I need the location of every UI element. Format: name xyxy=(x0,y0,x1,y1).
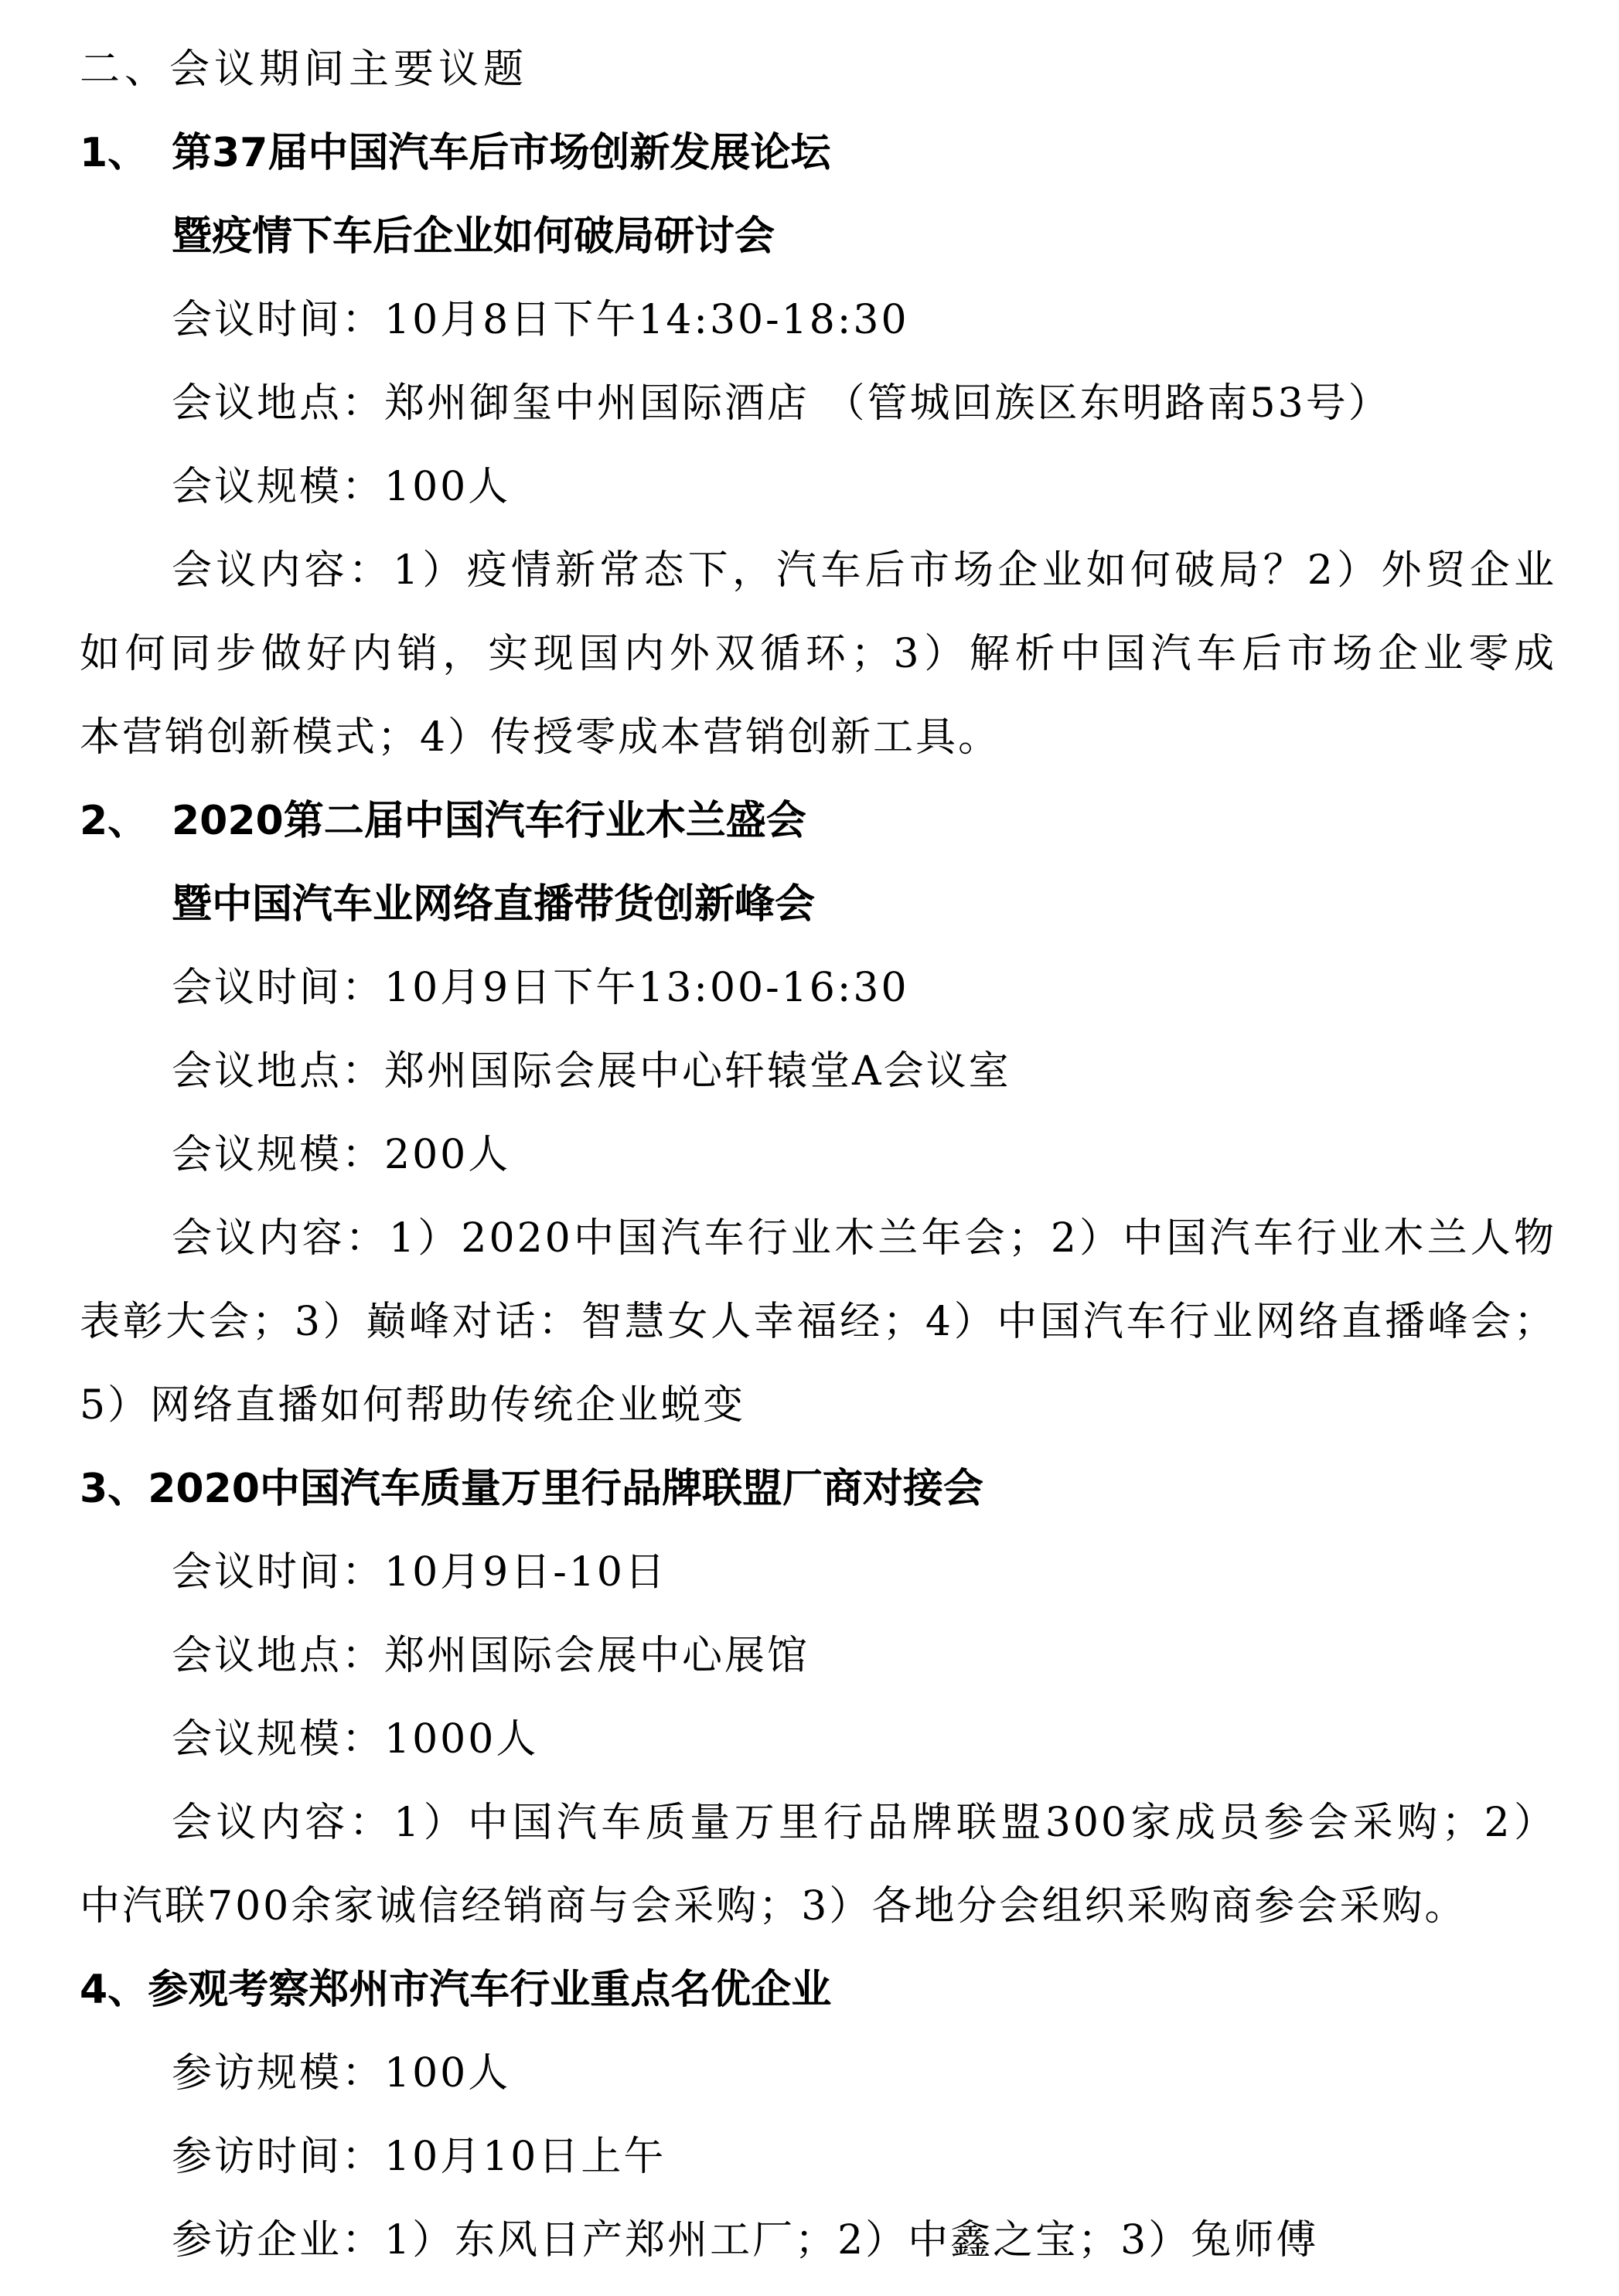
topic-2-subtitle: 暨中国汽车业网络直播带货创新峰会 xyxy=(172,863,1556,946)
topic-3-content-line-2: 中汽联700余家诚信经销商与会采购；3）各地分会组织采购商参会采购。 xyxy=(80,1865,1556,1948)
topic-2-title: 2、2020第二届中国汽车行业木兰盛会 xyxy=(80,779,1556,863)
topic-3-scale: 会议规模：1000人 xyxy=(172,1698,1556,1781)
topic-title-line1: 2020第二届中国汽车行业木兰盛会 xyxy=(172,798,806,844)
topic-4-companies: 参访企业：1）东风日产郑州工厂；2）中鑫之宝；3）兔师傅 xyxy=(172,2199,1556,2282)
topic-4-time: 参访时间：10月10日上午 xyxy=(172,2115,1556,2199)
field-label: 会议时间： xyxy=(172,1549,384,1596)
topic-1-content-line-3: 本营销创新模式；4）传授零成本营销创新工具。 xyxy=(80,696,1556,779)
field-label: 会议内容： xyxy=(172,1215,389,1262)
topic-1-title: 1、第37届中国汽车后市场创新发展论坛 xyxy=(80,111,1556,195)
topic-number: 3、 xyxy=(80,1447,148,1531)
section-title: 二、会议期间主要议题 xyxy=(80,28,1556,111)
topic-number: 2、 xyxy=(80,779,172,863)
topic-2-scale: 会议规模：200人 xyxy=(172,1113,1556,1197)
topic-1-location: 会议地点：郑州御玺中州国际酒店 （管城回族区东明路南53号） xyxy=(172,362,1556,445)
topic-2-content-line-1: 会议内容：1）2020中国汽车行业木兰年会；2）中国汽车行业木兰人物 xyxy=(172,1197,1556,1280)
topic-number: 1、 xyxy=(80,111,172,195)
field-value: 10月9日下午13:00-16:30 xyxy=(384,965,909,1011)
field-label: 会议规模： xyxy=(172,1132,384,1178)
field-label: 参访企业： xyxy=(172,2217,384,2264)
content-text: 1）2020中国汽车行业木兰年会；2）中国汽车行业木兰人物 xyxy=(389,1215,1556,1262)
document-page: 二、会议期间主要议题 1、第37届中国汽车后市场创新发展论坛 暨疫情下车后企业如… xyxy=(0,0,1619,2296)
field-label: 参访规模： xyxy=(172,2050,384,2097)
topic-2-content-line-2: 表彰大会；3）巅峰对话：智慧女人幸福经；4）中国汽车行业网络直播峰会； xyxy=(80,1280,1556,1364)
field-value: 200人 xyxy=(384,1132,510,1178)
field-label: 会议地点： xyxy=(172,1633,384,1679)
topic-1-content-line-2: 如何同步做好内销，实现国内外双循环；3）解析中国汽车后市场企业零成 xyxy=(80,612,1556,696)
field-value: 10月10日上午 xyxy=(384,2134,666,2180)
topic-2-content-line-3: 5）网络直播如何帮助传统企业蜕变 xyxy=(80,1364,1556,1447)
topic-1-time: 会议时间：10月8日下午14:30-18:30 xyxy=(172,278,1556,362)
field-value: 郑州御玺中州国际酒店 （管城回族区东明路南53号） xyxy=(384,380,1391,427)
field-label: 会议内容： xyxy=(172,547,393,594)
field-value: 郑州国际会展中心展馆 xyxy=(384,1633,809,1679)
field-value: 10月8日下午14:30-18:30 xyxy=(384,297,909,343)
field-value: 1000人 xyxy=(384,1716,538,1763)
field-value: 100人 xyxy=(384,464,510,510)
topic-3-time: 会议时间：10月9日-10日 xyxy=(172,1531,1556,1614)
field-label: 会议内容： xyxy=(172,1800,394,1846)
topic-1-subtitle: 暨疫情下车后企业如何破局研讨会 xyxy=(172,195,1556,278)
field-value: 100人 xyxy=(384,2050,510,2097)
topic-title-line1: 第37届中国汽车后市场创新发展论坛 xyxy=(172,130,830,176)
topic-number: 4、 xyxy=(80,1948,148,2032)
topic-2-time: 会议时间：10月9日下午13:00-16:30 xyxy=(172,946,1556,1030)
topic-4-scale: 参访规模：100人 xyxy=(172,2032,1556,2115)
topic-3-content-line-1: 会议内容：1）中国汽车质量万里行品牌联盟300家成员参会采购；2） xyxy=(172,1781,1556,1865)
field-label: 会议地点： xyxy=(172,380,384,427)
field-label: 会议时间： xyxy=(172,297,384,343)
topic-title-line1: 2020中国汽车质量万里行品牌联盟厂商对接会 xyxy=(148,1466,983,1512)
field-value: 10月9日-10日 xyxy=(384,1549,667,1596)
field-value: 1）东风日产郑州工厂；2）中鑫之宝；3）兔师傅 xyxy=(384,2217,1318,2264)
topic-1-content-line-1: 会议内容：1）疫情新常态下，汽车后市场企业如何破局？2）外贸企业 xyxy=(172,529,1556,612)
field-label: 参访时间： xyxy=(172,2134,384,2180)
topic-3-title: 3、2020中国汽车质量万里行品牌联盟厂商对接会 xyxy=(80,1447,1556,1531)
content-text: 1）中国汽车质量万里行品牌联盟300家成员参会采购；2） xyxy=(394,1800,1556,1846)
field-label: 会议规模： xyxy=(172,1716,384,1763)
field-label: 会议地点： xyxy=(172,1048,384,1095)
topic-1-scale: 会议规模：100人 xyxy=(172,445,1556,529)
field-label: 会议时间： xyxy=(172,965,384,1011)
topic-3-location: 会议地点：郑州国际会展中心展馆 xyxy=(172,1614,1556,1698)
topic-4-title: 4、参观考察郑州市汽车行业重点名优企业 xyxy=(80,1948,1556,2032)
content-text: 1）疫情新常态下，汽车后市场企业如何破局？2）外贸企业 xyxy=(393,547,1556,594)
topic-title-line1: 参观考察郑州市汽车行业重点名优企业 xyxy=(148,1967,831,2013)
topic-2-location: 会议地点：郑州国际会展中心轩辕堂A会议室 xyxy=(172,1030,1556,1113)
field-value: 郑州国际会展中心轩辕堂A会议室 xyxy=(384,1048,1011,1095)
field-label: 会议规模： xyxy=(172,464,384,510)
